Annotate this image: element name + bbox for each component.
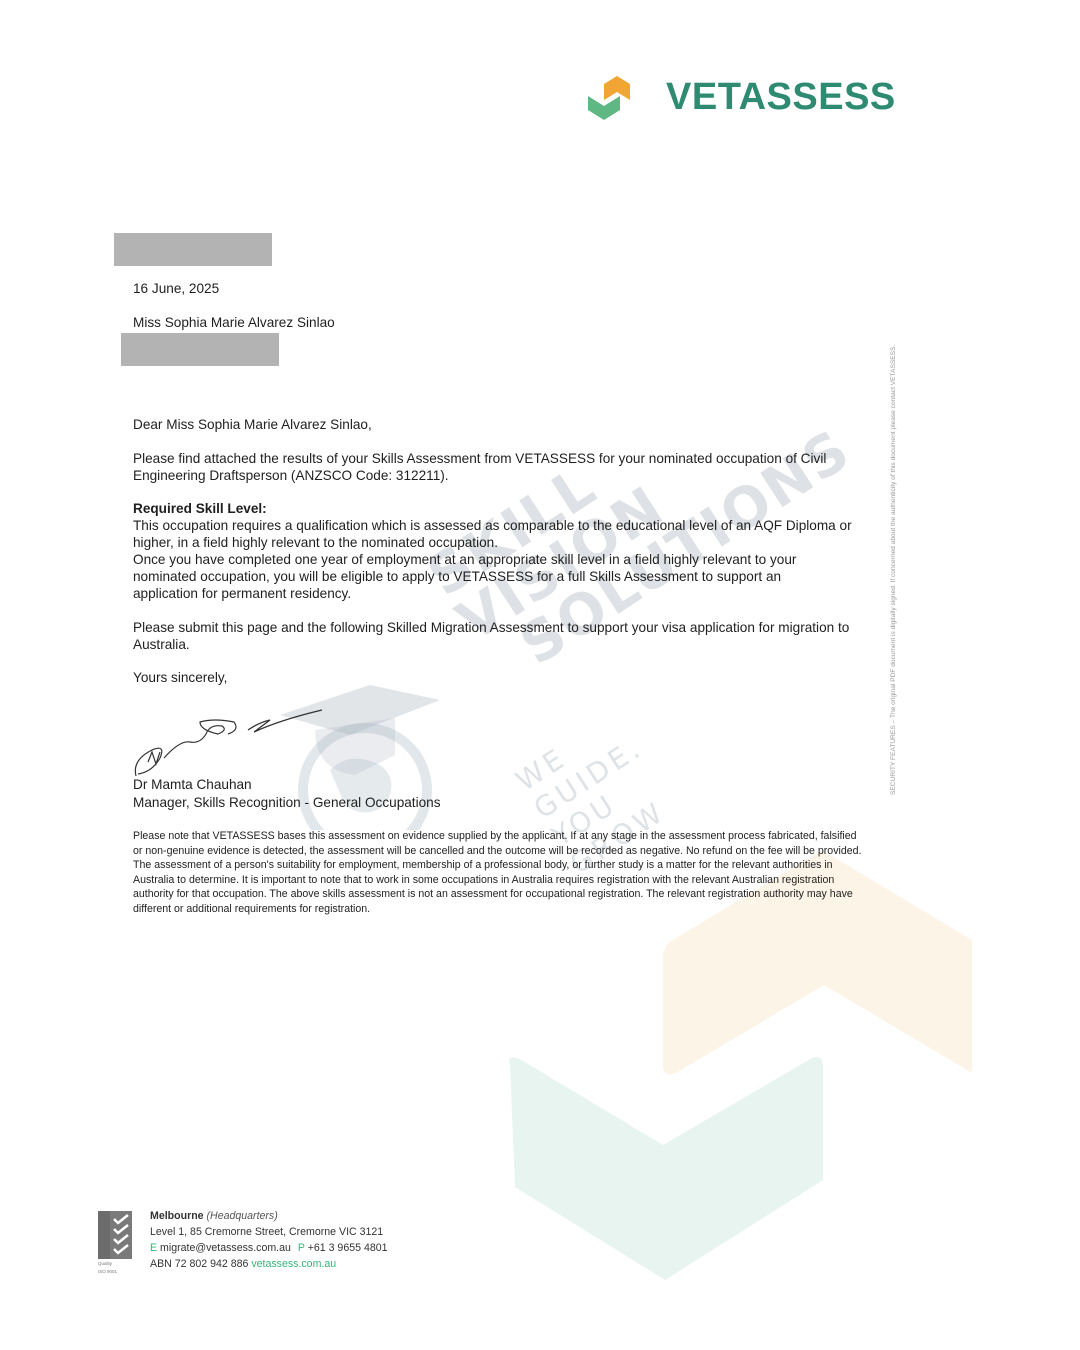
cert-iso-label: ISO 9001 [98, 1269, 134, 1275]
email-label: E [150, 1242, 157, 1254]
iso-certification-badge: Quality ISO 9001 [98, 1211, 134, 1274]
recipient-name: Miss Sophia Marie Alvarez Sinlao [133, 314, 335, 331]
footer-abn: ABN 72 802 942 886 [150, 1258, 248, 1270]
closing: Yours sincerely, [133, 669, 227, 686]
cert-quality-label: Quality [98, 1261, 134, 1267]
signatory-name: Dr Mamta Chauhan [133, 776, 252, 793]
brand-name: VETASSESS [666, 76, 896, 119]
footer-address: Level 1, 85 Cremorne Street, Cremorne VI… [150, 1224, 388, 1240]
footer-hq-label: (Headquarters) [207, 1210, 278, 1222]
intro-paragraph: Please find attached the results of your… [133, 450, 853, 484]
certified-system-icon [98, 1211, 132, 1259]
vetassess-logo: VETASSESS [586, 70, 896, 124]
submit-note: Please submit this page and the followin… [133, 619, 858, 653]
signatory-title: Manager, Skills Recognition - General Oc… [133, 794, 441, 811]
skill-level-body-1: This occupation requires a qualification… [133, 517, 853, 551]
vetassess-chevron-icon [586, 70, 648, 124]
security-features-note: SECURITY FEATURES – The original PDF doc… [890, 345, 897, 795]
skill-level-heading: Required Skill Level: [133, 500, 267, 517]
footer-website-link[interactable]: vetassess.com.au [251, 1258, 336, 1270]
redacted-address [121, 333, 279, 366]
footer-contact: Melbourne (Headquarters) Level 1, 85 Cre… [150, 1208, 388, 1272]
disclaimer: Please note that VETASSESS bases this as… [133, 829, 863, 917]
salutation: Dear Miss Sophia Marie Alvarez Sinlao, [133, 416, 372, 433]
skill-level-body-2: Once you have completed one year of empl… [133, 551, 823, 602]
footer-city: Melbourne [150, 1210, 204, 1222]
footer-email[interactable]: migrate@vetassess.com.au [160, 1242, 291, 1254]
redacted-reference [114, 233, 272, 266]
signature-image [130, 700, 330, 782]
phone-label: P [298, 1242, 305, 1254]
letter-date: 16 June, 2025 [133, 280, 219, 297]
footer-phone[interactable]: +61 3 9655 4801 [308, 1242, 388, 1254]
